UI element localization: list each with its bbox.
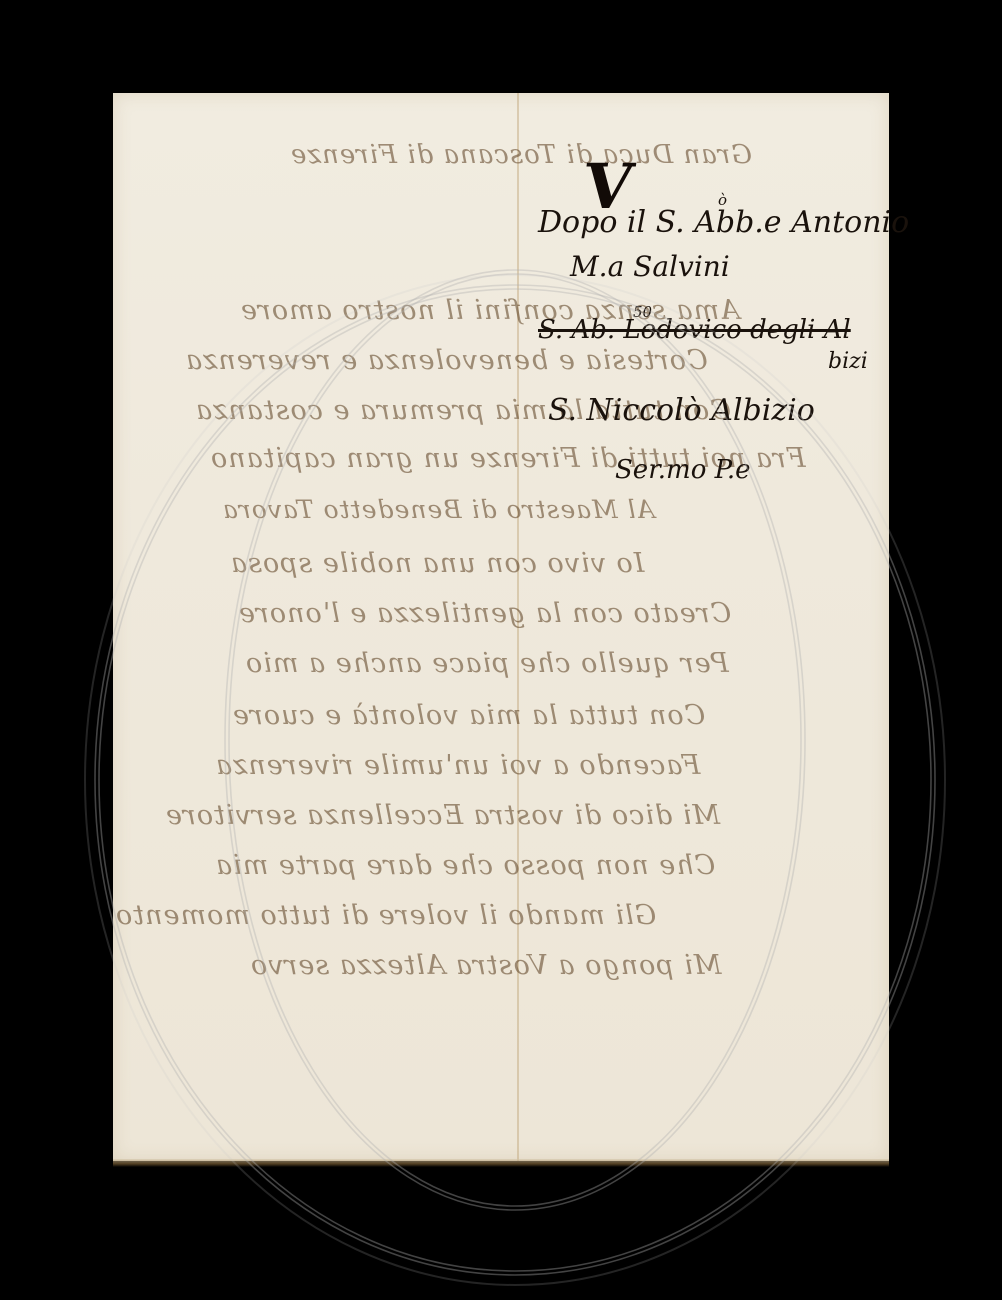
struck-text: S. Ab. Lodovico degli Al bbox=[538, 315, 851, 345]
annotation-line-1-sup: ò bbox=[718, 191, 727, 209]
annotation-line-2: M.a Salvini bbox=[570, 250, 730, 283]
bleed-line: Gran Duca di Toscana di Firenze bbox=[290, 140, 752, 170]
bleed-line: Io vivo con una nobile sposa bbox=[230, 548, 644, 579]
annotation-line-3: S. Ab. Lodovico degli Al50 bizi bbox=[538, 315, 851, 345]
annotation-line-3-tail: bizi bbox=[828, 349, 868, 374]
annotation-line-3-sup: 50 bbox=[633, 303, 652, 321]
bleed-line: Mi dico di vostra Eccellenza servitore bbox=[165, 800, 720, 831]
bleed-line: Per quello che piace anche a mio bbox=[245, 648, 729, 679]
annotation-line-4: S. Niccolò Albizio bbox=[548, 393, 815, 428]
bleed-line: Facendo a voi un'umile riverenza bbox=[215, 750, 700, 781]
bleed-line: Cortesia e benevolenza e reverenza bbox=[185, 345, 708, 376]
bleed-line: Gli mando il volere di tutto momento bbox=[115, 900, 656, 931]
annotation-line-5: Ser.mo P.e bbox=[615, 455, 750, 485]
bleed-line: Mi pongo a Vostra Altezza servo bbox=[250, 950, 722, 981]
bleed-line: Al Maestro di Benedetto Tavora bbox=[222, 495, 655, 524]
bleed-line: Con tutta la mia volontà e cuore bbox=[232, 700, 705, 731]
annotation-line-1-text: Dopo il S. Abb.e Antonio bbox=[538, 205, 909, 240]
bleed-line: Che non posso che dare parte mia bbox=[215, 850, 715, 881]
bleed-line: Creato con la gentilezza e l'onore bbox=[238, 598, 731, 629]
paper-torn-edge bbox=[113, 1159, 889, 1167]
annotation-line-1: Dopo il S. Abb.e Antonioò bbox=[538, 205, 909, 240]
